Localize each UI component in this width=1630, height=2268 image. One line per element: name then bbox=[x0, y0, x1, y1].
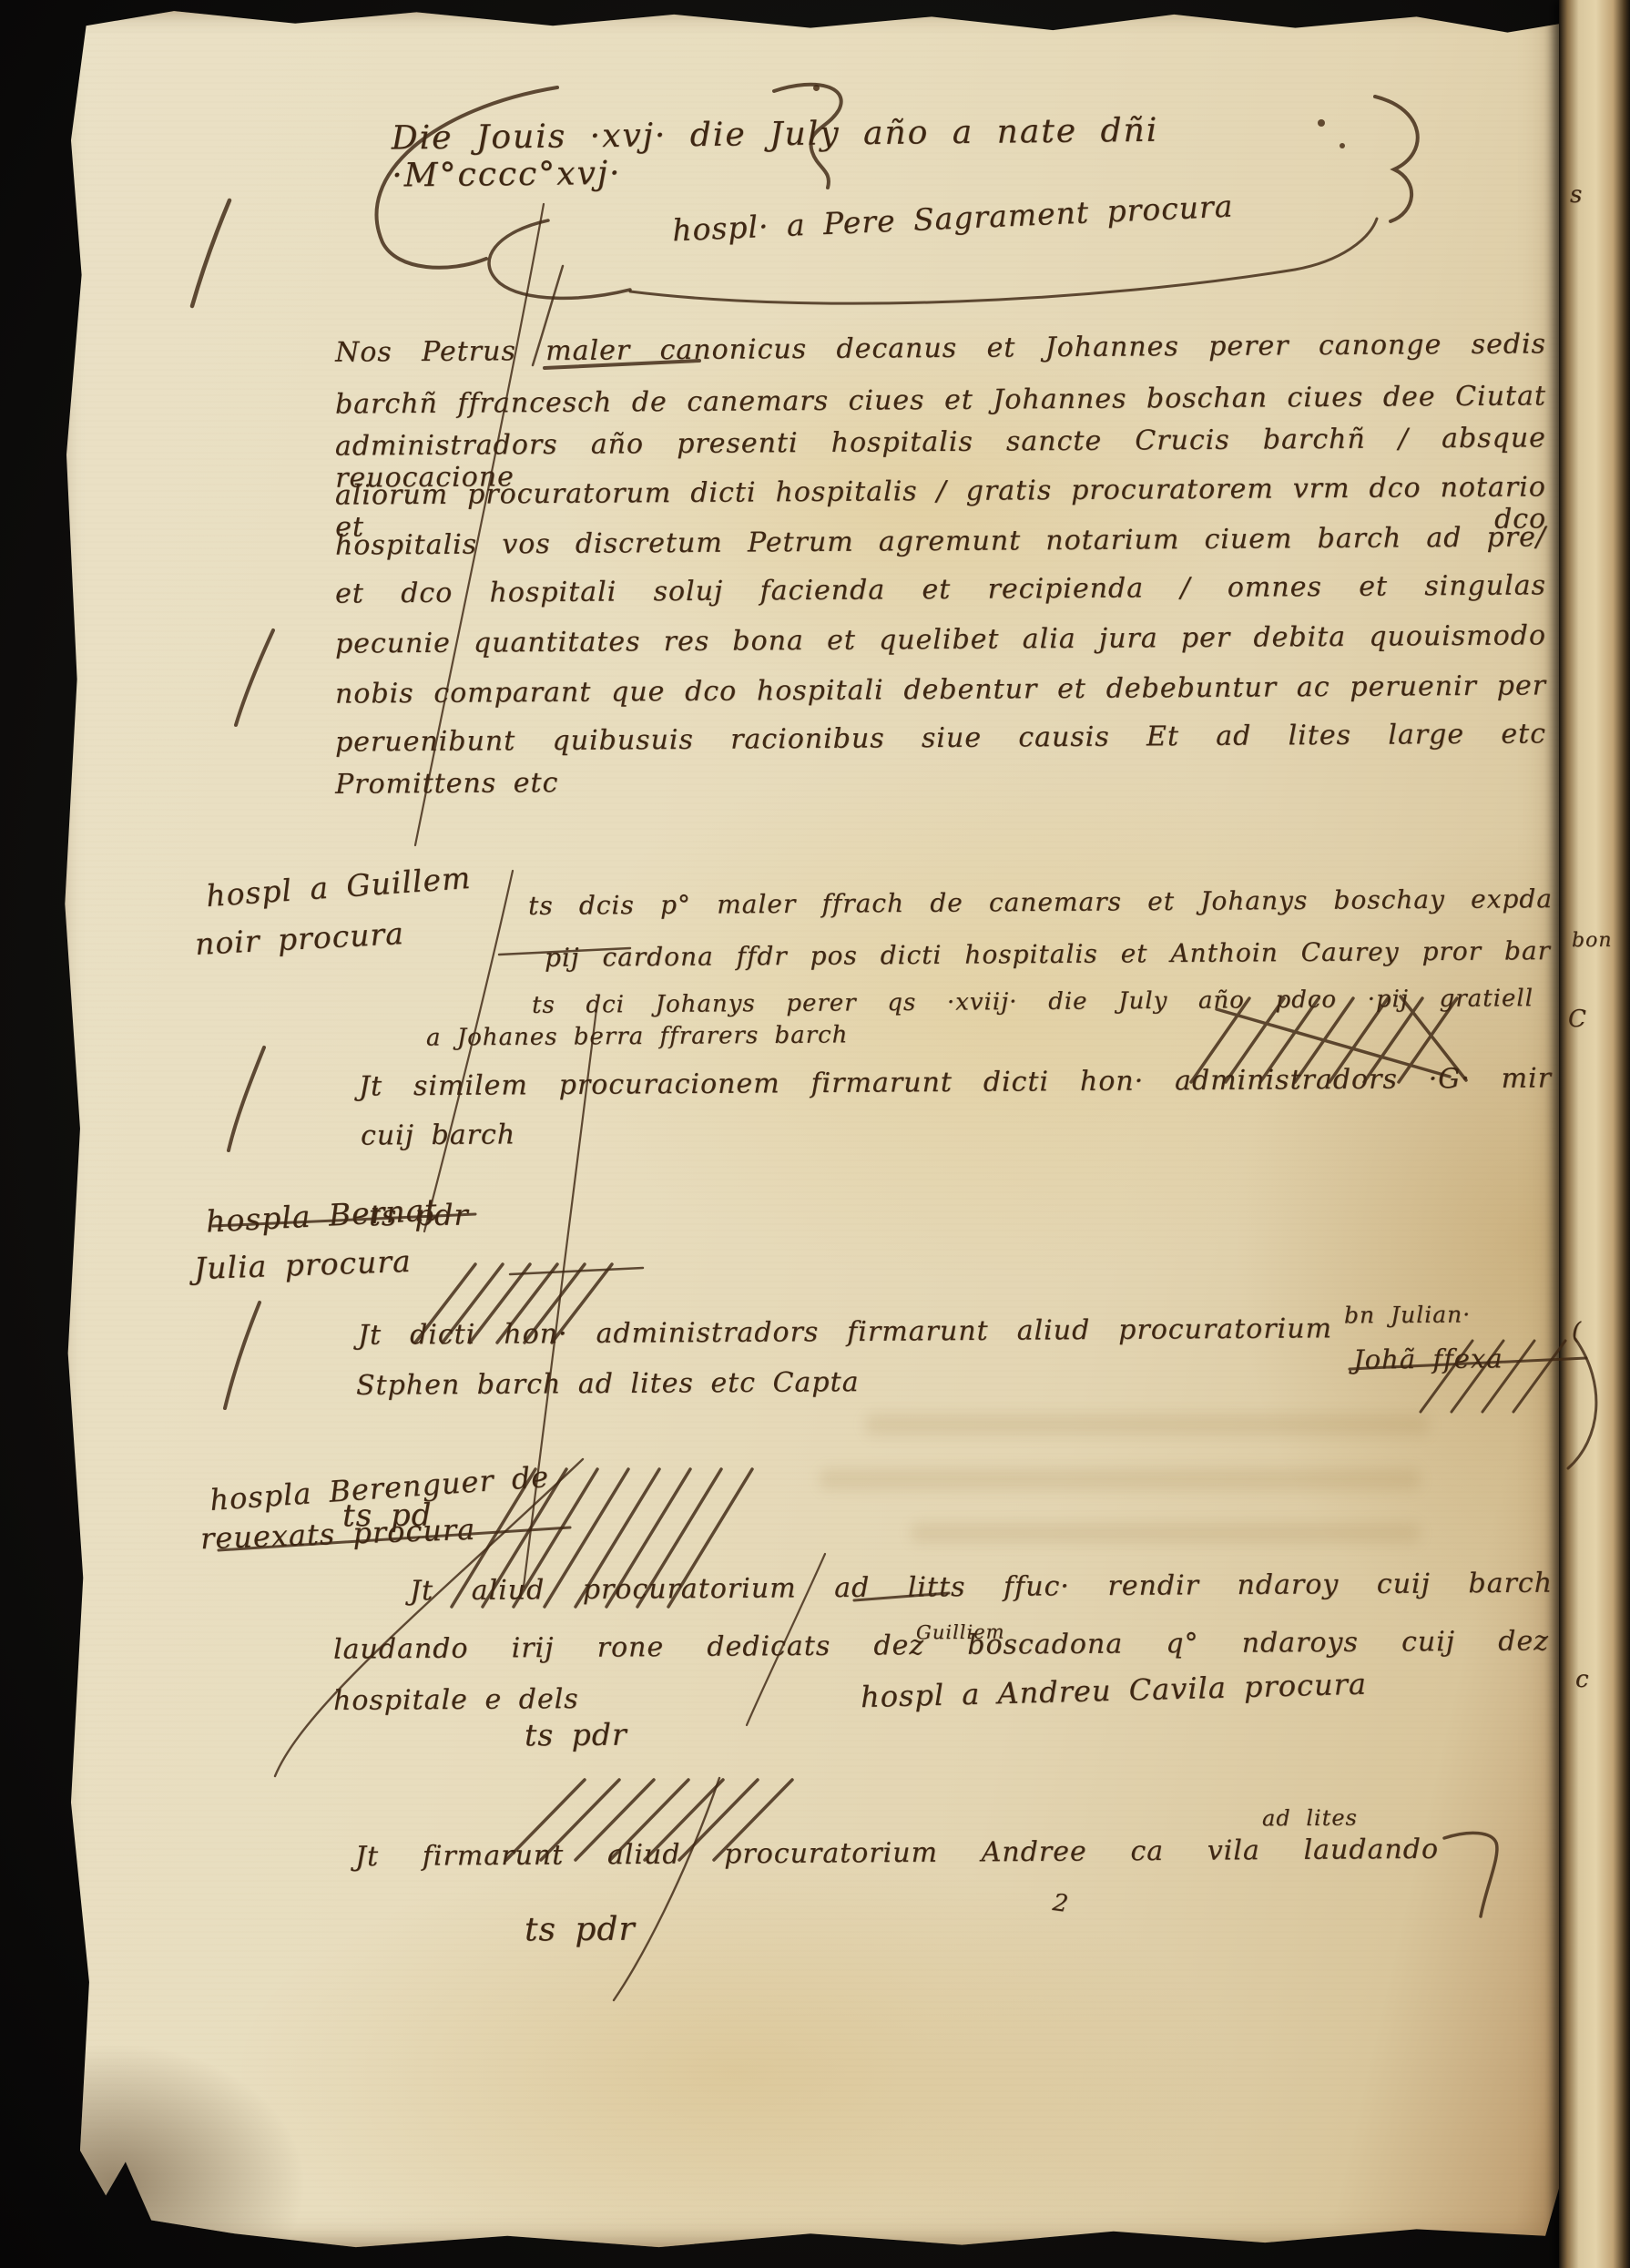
ink-dot bbox=[1318, 119, 1325, 127]
heading-date-line: Die Jouis ·xvj· die July año a nate dñi … bbox=[392, 109, 1358, 195]
manuscript-photo: { "doc": { "heading": { "date_line": "Di… bbox=[0, 0, 1630, 2268]
entry-cavila-superscript: ad lites bbox=[1262, 1806, 1358, 1832]
entry-berenguer-line: hospitale e dels bbox=[333, 1684, 579, 1717]
ink-showthrough bbox=[865, 1414, 1430, 1435]
entry-bernat-right-note-struck: Johã ffexa bbox=[1353, 1343, 1503, 1374]
ink-showthrough bbox=[820, 1468, 1421, 1490]
entry-guillem-inserted-line: a Johanes berra ffrarers barch bbox=[426, 1022, 849, 1052]
witness-mark: ts pdr bbox=[525, 1911, 636, 1949]
entry-guillem-edge-note: bon bbox=[1572, 929, 1613, 953]
entry-bernat-right-note: bn Julian· bbox=[1344, 1303, 1471, 1330]
folio-edge-mark: C bbox=[1568, 1006, 1587, 1034]
entry-pere-line: Promittens etc bbox=[335, 768, 559, 801]
witness-mark: ts pd bbox=[342, 1498, 433, 1535]
witness-mark: ts pdr bbox=[369, 1199, 469, 1233]
ink-showthrough bbox=[911, 1523, 1421, 1543]
ink-dot bbox=[813, 85, 820, 91]
entry-bernat-line: Stphen barch ad lites etc Capta bbox=[356, 1367, 860, 1402]
folio-edge-mark: ( bbox=[1572, 1319, 1582, 1346]
next-folio-edge bbox=[1559, 0, 1630, 2268]
entry-guillem-line: cuij barch bbox=[361, 1119, 515, 1152]
folio-edge-mark: c bbox=[1575, 1667, 1590, 1694]
entry-cavila-flourish-numeral: 2 bbox=[1051, 1890, 1071, 1919]
witness-mark: ts pdr bbox=[525, 1718, 627, 1753]
folio-edge-mark: s bbox=[1570, 182, 1584, 209]
ink-dot bbox=[1340, 143, 1345, 148]
